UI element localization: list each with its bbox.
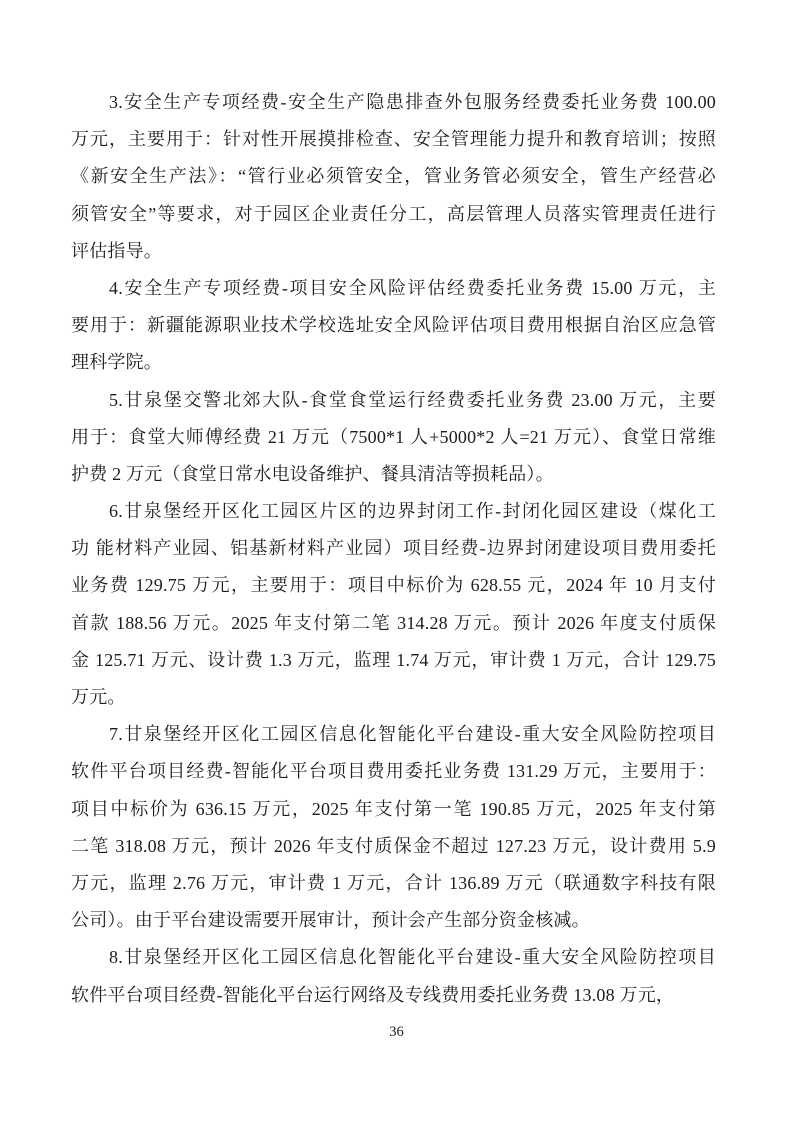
text-line: 万元。	[71, 679, 716, 716]
text-line: 6.甘泉堡经开区化工园区片区的边界封闭工作-封闭化园区建设（煤化工	[71, 493, 716, 530]
text-line: 万元，主要用于：针对性开展摸排检查、安全管理能力提升和教育培训；按照	[71, 121, 716, 158]
text-line: 要用于：新疆能源职业技术学校选址安全风险评估项目费用根据自治区应急管	[71, 307, 716, 344]
paragraph: 4.安全生产专项经费-项目安全风险评估经费委托业务费 15.00 万元，主要用于…	[71, 270, 716, 382]
text-line: 软件平台项目经费-智能化平台运行网络及专线费用委托业务费 13.08 万元，	[71, 977, 716, 1014]
page-number: 36	[0, 1022, 793, 1042]
text-line: 3.安全生产专项经费-安全生产隐患排查外包服务经费委托业务费 100.00	[71, 84, 716, 121]
text-line: 公司）。由于平台建设需要开展审计，预计会产生部分资金核减。	[71, 902, 716, 939]
paragraph: 3.安全生产专项经费-安全生产隐患排查外包服务经费委托业务费 100.00万元，…	[71, 84, 716, 270]
text-line: 用于：食堂大师傅经费 21 万元（7500*1 人+5000*2 人=21 万元…	[71, 419, 716, 456]
text-line: 理科学院。	[71, 344, 716, 381]
paragraph: 8.甘泉堡经开区化工园区信息化智能化平台建设-重大安全风险防控项目软件平台项目经…	[71, 939, 716, 1013]
text-line: 软件平台项目经费-智能化平台项目费用委托业务费 131.29 万元，主要用于：	[71, 753, 716, 790]
text-line: 首款 188.56 万元。2025 年支付第二笔 314.28 万元。预计 20…	[71, 605, 716, 642]
paragraph: 7.甘泉堡经开区化工园区信息化智能化平台建设-重大安全风险防控项目软件平台项目经…	[71, 716, 716, 939]
text-line: 二笔 318.08 万元，预计 2026 年支付质保金不超过 127.23 万元…	[71, 828, 716, 865]
text-line: 金 125.71 万元、设计费 1.3 万元，监理 1.74 万元，审计费 1 …	[71, 642, 716, 679]
document-body: 3.安全生产专项经费-安全生产隐患排查外包服务经费委托业务费 100.00万元，…	[71, 84, 716, 1014]
text-line: 7.甘泉堡经开区化工园区信息化智能化平台建设-重大安全风险防控项目	[71, 716, 716, 753]
text-line: 项目中标价为 636.15 万元，2025 年支付第一笔 190.85 万元，2…	[71, 791, 716, 828]
text-line: 业务费 129.75 万元，主要用于：项目中标价为 628.55 元，2024 …	[71, 567, 716, 604]
text-line: 8.甘泉堡经开区化工园区信息化智能化平台建设-重大安全风险防控项目	[71, 939, 716, 976]
document-page: 3.安全生产专项经费-安全生产隐患排查外包服务经费委托业务费 100.00万元，…	[0, 0, 793, 1122]
text-line: 万元，监理 2.76 万元，审计费 1 万元，合计 136.89 万元（联通数字…	[71, 865, 716, 902]
paragraph: 5.甘泉堡交警北郊大队-食堂食堂运行经费委托业务费 23.00 万元，主要用于：…	[71, 382, 716, 494]
text-line: 须管安全”等要求，对于园区企业责任分工，高层管理人员落实管理责任进行	[71, 196, 716, 233]
text-line: 4.安全生产专项经费-项目安全风险评估经费委托业务费 15.00 万元，主	[71, 270, 716, 307]
text-line: 功 能材料产业园、铝基新材料产业园）项目经费-边界封闭建设项目费用委托	[71, 530, 716, 567]
text-line: 评估指导。	[71, 233, 716, 270]
paragraph: 6.甘泉堡经开区化工园区片区的边界封闭工作-封闭化园区建设（煤化工功 能材料产业…	[71, 493, 716, 716]
text-line: 5.甘泉堡交警北郊大队-食堂食堂运行经费委托业务费 23.00 万元，主要	[71, 382, 716, 419]
text-line: 护费 2 万元（食堂日常水电设备维护、餐具清洁等损耗品）。	[71, 456, 716, 493]
text-line: 《新安全生产法》：“管行业必须管安全，管业务管必须安全，管生产经营必	[71, 158, 716, 195]
